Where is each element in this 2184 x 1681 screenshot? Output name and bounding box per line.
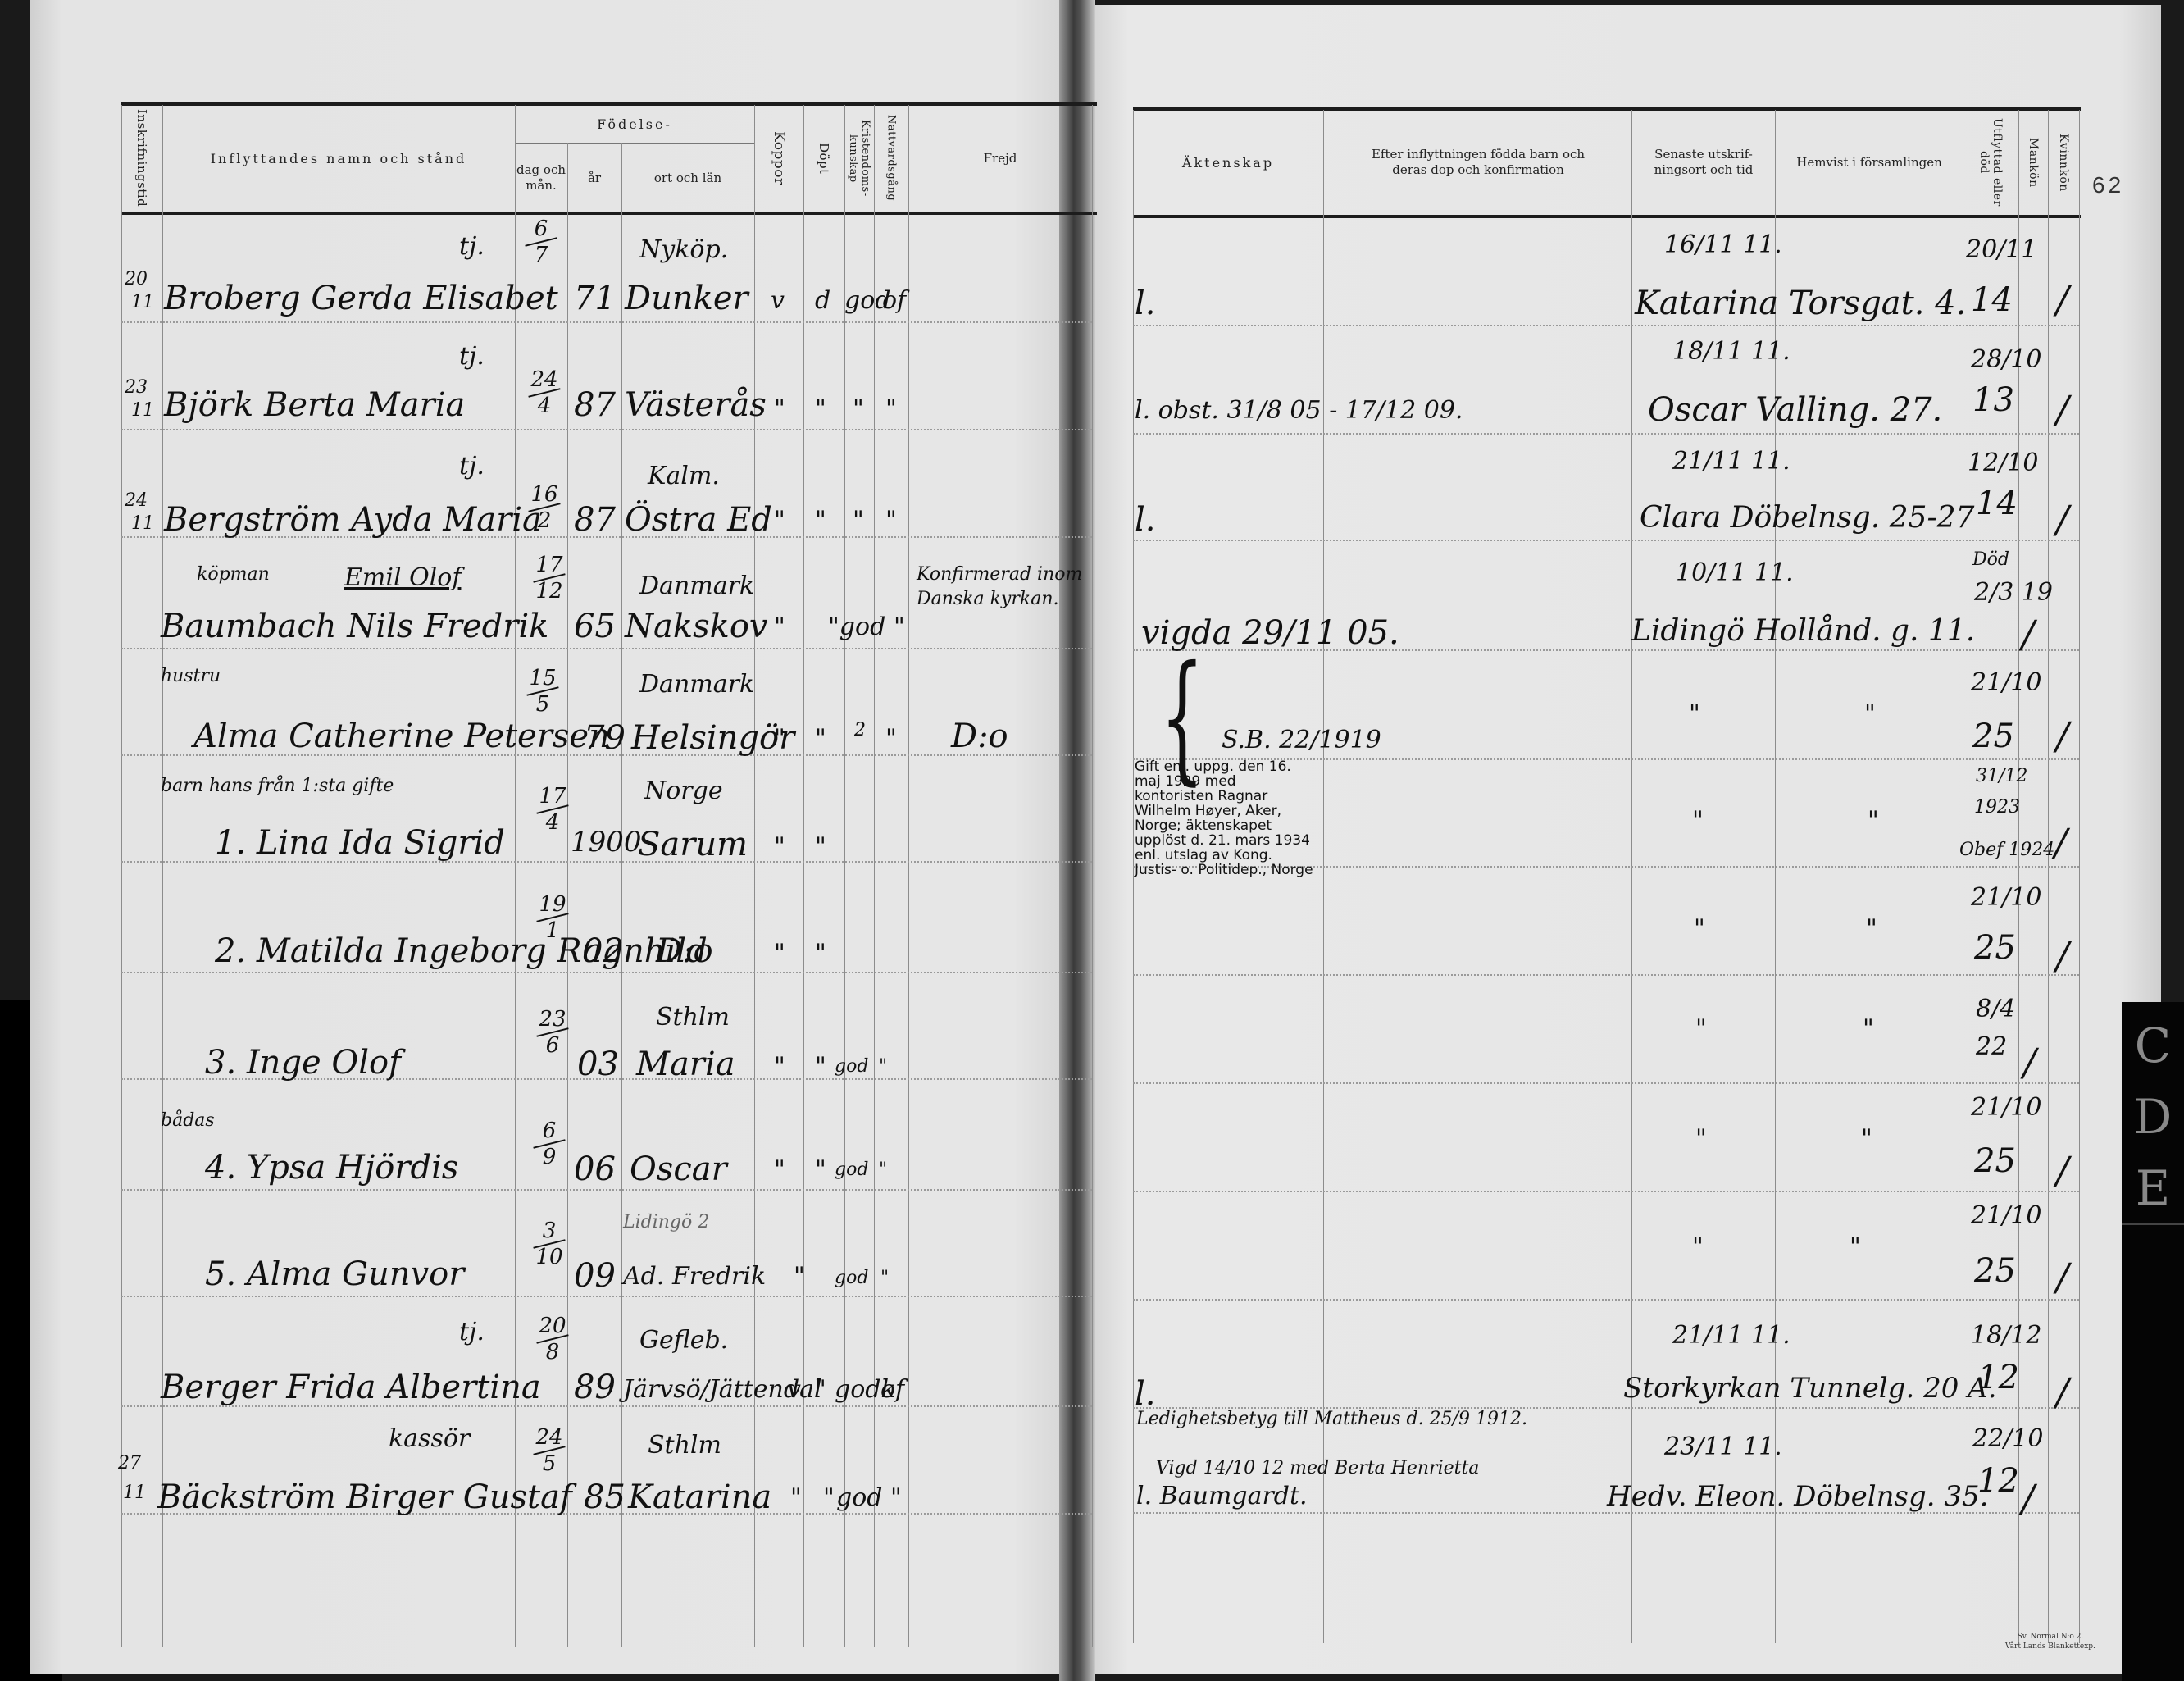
kvinnkon-mark: / (2056, 713, 2069, 758)
birth-month: 5 (526, 694, 559, 715)
entry-name: Alma Catherine Petersen (193, 720, 610, 753)
aktenskap-value: l. obst. 31/8 05 - 17/12 09. (1135, 399, 1463, 423)
birth-day: 6 (533, 1120, 566, 1141)
header-fodelse: Födelse- (516, 107, 753, 141)
utflyttad-year: 25 (1974, 932, 2016, 964)
birth-year: 09 (574, 1260, 616, 1292)
aktenskap-note: S.B. 22/1919 (1222, 728, 1381, 753)
senaste-utskrifning-value: 10/11 11. (1676, 561, 1794, 585)
entry-title: bådas (161, 1112, 215, 1130)
birth-year: 06 (574, 1153, 616, 1186)
birth-county: Norge (644, 779, 723, 804)
utflyttad-year: 25 (1974, 1145, 2016, 1178)
birth-month: 12 (533, 581, 566, 602)
tab-letter-c: C (2135, 1022, 2171, 1069)
utflyttad-year: 1923 (1974, 799, 2020, 817)
hemvist-value: " (1864, 702, 1876, 727)
senaste-utskrifning-value: " (1695, 1017, 1707, 1041)
header-frejd: Frejd (910, 107, 1090, 210)
birth-month: 4 (536, 812, 569, 833)
hemvist-value: " (1850, 1235, 1861, 1260)
dopt-value: " (815, 835, 826, 859)
kunskap-value: god (835, 1161, 868, 1179)
hemvist-value: Hedv. Eleon. Döbelnsg. 35. (1607, 1483, 1988, 1510)
birth-day: 17 (533, 554, 566, 576)
birth-day: 24 (528, 369, 561, 390)
birth-place: Östra Ed (625, 503, 772, 536)
senaste-utskrifning-value: 16/11 11. (1664, 233, 1782, 257)
birth-county: Danmark (639, 672, 754, 697)
birth-place: Dunker (625, 282, 748, 315)
mankon-mark: / (2023, 1040, 2036, 1084)
book-gutter (1059, 0, 1095, 1681)
utflyttad-year: 12 (1977, 1465, 2019, 1497)
koppor-value: v (787, 1378, 801, 1402)
koppor-value: v (771, 289, 785, 313)
utflyttad-note: Obef 1924 (1959, 841, 2054, 859)
entry-name: 3. Inge Olof (205, 1046, 401, 1079)
utflyttad-year: 25 (1972, 720, 2014, 753)
entry-date-month: 11 (131, 515, 154, 533)
header-mankon: Mankön (2019, 112, 2047, 213)
birth-year: 65 (574, 610, 616, 643)
birth-county: Danmark (639, 574, 754, 599)
header-aktenskap: Äktenskap (1135, 112, 1322, 213)
hemvist-value: Storkyrkan Tunnelg. 20 A. (1623, 1374, 1997, 1402)
birth-day: 16 (528, 484, 561, 505)
senaste-utskrifning-value: " (1692, 1235, 1704, 1260)
aktenskap-value: vigda 29/11 05. (1141, 617, 1399, 649)
tab-letter-d: D (2134, 1093, 2173, 1141)
entry-name: 2. Matilda Ingeborg Ragnhild (215, 935, 708, 968)
birth-year: 1900 (571, 828, 642, 856)
header-efter-inflyttningen: Efter inflyttningen födda barn och deras… (1353, 112, 1604, 213)
birth-year: 71 (574, 282, 616, 315)
koppor-value: " (774, 727, 785, 751)
entry-name: Berger Frida Albertina (161, 1371, 541, 1404)
entry-name: Broberg Gerda Elisabet (164, 282, 558, 315)
birth-year: 85 (584, 1481, 626, 1514)
birth-day: 24 (533, 1427, 566, 1448)
entry-title: tj. (459, 344, 485, 369)
utflyttad-date: 21/10 (1971, 1096, 2041, 1120)
utflyttad-date: 12/10 (1968, 451, 2038, 476)
kvinnkon-mark: / (2056, 1369, 2069, 1414)
koppor-value: " (774, 1055, 785, 1079)
hemvist-value: Clara Döbelnsg. 25-27 (1640, 503, 1974, 533)
utflyttad-status: Död (1972, 551, 2009, 569)
frejd-value: Konfirmerad inom Danska kyrkan. (917, 563, 1089, 612)
senaste-utskrifning-value: 21/11 11. (1672, 1323, 1790, 1348)
aktenskap-value: l. Baumgardt. (1136, 1484, 1308, 1509)
header-senaste-utskrifning: Senaste utskrif-ningsort och tid (1648, 112, 1759, 213)
nattvard-value: " (879, 1161, 887, 1179)
header-utflyttad: Utflyttad eller död (1964, 112, 2017, 213)
entry-date-month: 11 (131, 294, 154, 312)
entry-title: tj. (459, 454, 485, 479)
header-koppor: Koppor (756, 107, 802, 210)
entry-title: kassör (389, 1427, 470, 1451)
hemvist-value: Lidingö Hollånd. g. 11. (1631, 617, 1975, 646)
birth-year: 03 (577, 1048, 619, 1081)
dopt-value: " (815, 508, 826, 533)
birth-month: 4 (528, 395, 561, 417)
senaste-utskrifning-value: " (1694, 917, 1705, 941)
page-number: 62 (2092, 172, 2124, 198)
kvinnkon-mark: / (2056, 497, 2069, 541)
aktenskap-value: l. (1135, 287, 1156, 320)
senaste-utskrifning-value: " (1692, 809, 1704, 833)
birth-month: 2 (528, 510, 561, 531)
nattvard-value: " (880, 1269, 889, 1287)
birth-county: Kalm. (648, 464, 720, 489)
nattvard-value: " (890, 1486, 902, 1510)
senaste-utskrifning-value: 23/11 11. (1664, 1435, 1782, 1460)
nattvard-value: " (894, 615, 905, 640)
kunskap-value: god (835, 1058, 868, 1076)
tab-letter-e: E (2136, 1164, 2170, 1212)
entry-name: 4. Ypsa Hjördis (205, 1151, 458, 1184)
header-top-rule (121, 102, 1097, 106)
header-top-rule-right (1133, 107, 2081, 111)
marriage-remark: Vigd 14/10 12 med Berta Henrietta (1156, 1460, 1479, 1478)
mankon-mark: / (2022, 612, 2035, 656)
aktenskap-value: l. (1135, 1378, 1156, 1410)
entry-date-day: 24 (125, 492, 148, 510)
dopt-value: " (815, 727, 826, 751)
header-ort-och-lan: ort och län (623, 146, 753, 210)
header-bottom-rule (121, 212, 1097, 215)
header-name: Inflyttandes namn och stånd (164, 107, 513, 210)
dopt-value: " (823, 1486, 835, 1510)
birth-county: Nyköp. (639, 238, 728, 262)
index-tab-letters: C D E (2122, 1002, 2184, 1225)
dopt-value: " (815, 1158, 826, 1182)
nattvard-value: " (885, 508, 897, 533)
birth-year: 87 (574, 389, 616, 421)
entry-date-month: 11 (131, 402, 154, 420)
birth-place: Maria (636, 1048, 735, 1081)
birth-county: Lidingö 2 (623, 1214, 709, 1232)
hemvist-value: " (1863, 1017, 1874, 1041)
kunskap-value: " (853, 508, 864, 533)
birth-month: 9 (533, 1146, 566, 1168)
dopt-value: " (815, 397, 826, 421)
birth-county: Sthlm (648, 1433, 721, 1458)
koppor-value: " (774, 941, 785, 966)
birth-place: Västerås (625, 389, 767, 421)
dopt-value: d (815, 289, 830, 313)
mankon-mark: / (2022, 1476, 2035, 1520)
hemvist-value: " (1868, 809, 1879, 833)
dopt-value: " (815, 1055, 826, 1079)
koppor-value: " (774, 508, 785, 533)
entry-title-extra: Emil Olof (344, 566, 461, 590)
utflyttad-date: 21/10 (1971, 671, 2041, 695)
utflyttad-date: 2/3 19 (1974, 581, 2053, 605)
birth-month: 6 (536, 1035, 569, 1056)
birth-month: 1 (536, 920, 569, 941)
utflyttad-date: 28/10 (1971, 348, 2041, 372)
dopt-value: " (794, 1264, 805, 1289)
hemvist-value: Katarina Torsgat. 4. (1635, 287, 1966, 320)
kunskap-value: " (853, 397, 864, 421)
senaste-utskrifning-value: 18/11 11. (1672, 339, 1790, 364)
entry-name: Bäckström Birger Gustaf (157, 1481, 572, 1514)
kunskap-value: god (835, 1269, 868, 1287)
utflyttad-date: 8/4 (1976, 997, 2015, 1022)
kvinnkon-mark: / (2056, 277, 2069, 321)
koppor-value: " (774, 1158, 785, 1182)
birth-day: 20 (536, 1315, 569, 1337)
nattvard-value: " (885, 397, 897, 421)
entry-name: Bergström Ayda Maria (164, 503, 542, 536)
kvinnkon-mark: / (2056, 387, 2069, 431)
header-kristendomskunskap: Kristendoms-kunskap (845, 107, 873, 210)
header-kvinnkon: Kvinnkön (2049, 112, 2078, 213)
birth-day: 19 (536, 894, 569, 915)
kunskap-value: god (836, 1486, 882, 1510)
entry-date-day: 20 (125, 271, 148, 289)
entry-name: 1. Lina Ida Sigrid (215, 827, 505, 859)
birth-day: 15 (526, 667, 559, 689)
birth-place: Katarina (628, 1481, 771, 1514)
birth-month: 8 (536, 1342, 569, 1363)
birth-place: Ad. Fredrik (623, 1264, 766, 1289)
kvinnkon-mark: / (2056, 1148, 2069, 1192)
kvinnkon-mark: / (2056, 1255, 2069, 1299)
utflyttad-year: 22 (1976, 1035, 2007, 1059)
entry-title: tj. (459, 235, 485, 259)
koppor-value: " (774, 397, 785, 421)
birth-place: Oscar (630, 1153, 727, 1186)
birth-place: Helsingör (631, 722, 794, 754)
birth-year: 02 (582, 935, 624, 968)
hemvist-value: Oscar Valling. 27. (1648, 394, 1942, 426)
birth-year: 87 (574, 503, 616, 536)
utflyttad-date: 21/10 (1971, 886, 2041, 910)
kunskap-value: 2 (854, 722, 866, 740)
header-dopt: Döpt (805, 107, 843, 210)
index-tab: C D E (2122, 1002, 2184, 1681)
hemvist-value: " (1866, 917, 1877, 941)
birth-place: Sarum (638, 828, 748, 861)
frejd-value: D:o (951, 720, 1008, 753)
entry-date-day: 23 (125, 379, 148, 397)
utflyttad-year: 14 (1976, 487, 2018, 520)
nattvard-value: of (880, 1378, 904, 1402)
entry-name: Baumbach Nils Fredrik (161, 610, 548, 643)
birth-place: Nakskov (625, 610, 768, 643)
utflyttad-date: 31/12 (1976, 768, 2027, 786)
birth-year: 89 (574, 1371, 616, 1404)
senaste-utskrifning-value: 21/11 11. (1672, 449, 1790, 474)
birth-month: 10 (533, 1246, 566, 1268)
birth-month: 7 (525, 244, 557, 266)
birth-year: 79 (584, 722, 626, 754)
utflyttad-date: 22/10 (1972, 1427, 2043, 1451)
header-ar: år (569, 146, 620, 210)
koppor-value: " (790, 1486, 802, 1510)
imprint-line-2: Vårt Lands Blankettexp. (2005, 1642, 2095, 1651)
utflyttad-year: 25 (1974, 1255, 2016, 1287)
birth-day: 6 (525, 218, 557, 239)
header-inskrifningstid: Inskrifningstid (123, 107, 161, 210)
header-hemvist: Hemvist i församlingen (1777, 112, 1962, 213)
entry-title: hustru (161, 667, 221, 686)
dopt-value: " (815, 1378, 826, 1402)
utflyttad-date: 21/10 (1971, 1204, 2041, 1228)
birth-county: Sthlm (656, 1005, 730, 1030)
header-bottom-rule-right (1133, 215, 2081, 218)
birth-day: 23 (536, 1009, 569, 1030)
kvinnkon-mark: / (2054, 820, 2068, 864)
entry-date-month: 11 (123, 1484, 146, 1502)
koppor-value: " (774, 835, 785, 859)
senaste-utskrifning-value: " (1689, 702, 1700, 727)
entry-name: Björk Berta Maria (164, 389, 465, 421)
header-dag-och-man: dag och mån. (516, 146, 566, 210)
birth-day: 3 (533, 1220, 566, 1241)
koppor-value: " (774, 615, 785, 640)
utflyttad-year: 13 (1972, 384, 2014, 417)
kvinnkon-mark: / (2056, 933, 2069, 977)
nattvard-value: of (882, 289, 906, 313)
printer-imprint: Sv. Normal N:o 2. Vårt Lands Blankettexp… (2005, 1632, 2095, 1651)
birth-month: 5 (533, 1453, 566, 1474)
utflyttad-year: 12 (1977, 1361, 2019, 1394)
birth-county: Gefleb. (639, 1328, 728, 1353)
utflyttad-date: 18/12 (1971, 1323, 2041, 1348)
entry-name: 5. Alma Gunvor (205, 1258, 464, 1291)
dopt-value: " (815, 941, 826, 966)
aktenskap-value: l. (1135, 503, 1156, 536)
utflyttad-date: 20/11 (1966, 238, 2036, 262)
aktenskap-remark: Ledighetsbetyg till Mattheus d. 25/9 191… (1136, 1410, 1527, 1428)
birth-day: 17 (536, 786, 569, 807)
entry-title: köpman (197, 566, 270, 584)
fodelse-subrule (515, 143, 754, 143)
entry-date-day: 27 (118, 1455, 141, 1473)
entry-title: tj. (459, 1320, 485, 1345)
kunskap-value: "god (828, 615, 885, 640)
aktenskap-remark: Gift enl. uppg. den 16. maj 1929 med kon… (1135, 759, 1315, 877)
nattvard-value: " (885, 727, 897, 751)
hemvist-value: " (1861, 1127, 1872, 1151)
entry-title: barn hans från 1:sta gifte (161, 777, 394, 795)
nattvard-value: " (879, 1058, 887, 1076)
senaste-utskrifning-value: " (1695, 1127, 1707, 1151)
birth-place: D:o (656, 935, 713, 968)
utflyttad-year: 14 (1971, 284, 2013, 317)
header-nattvardsgang: Nattvardsgång (875, 107, 908, 210)
imprint-line-1: Sv. Normal N:o 2. (2005, 1632, 2095, 1642)
